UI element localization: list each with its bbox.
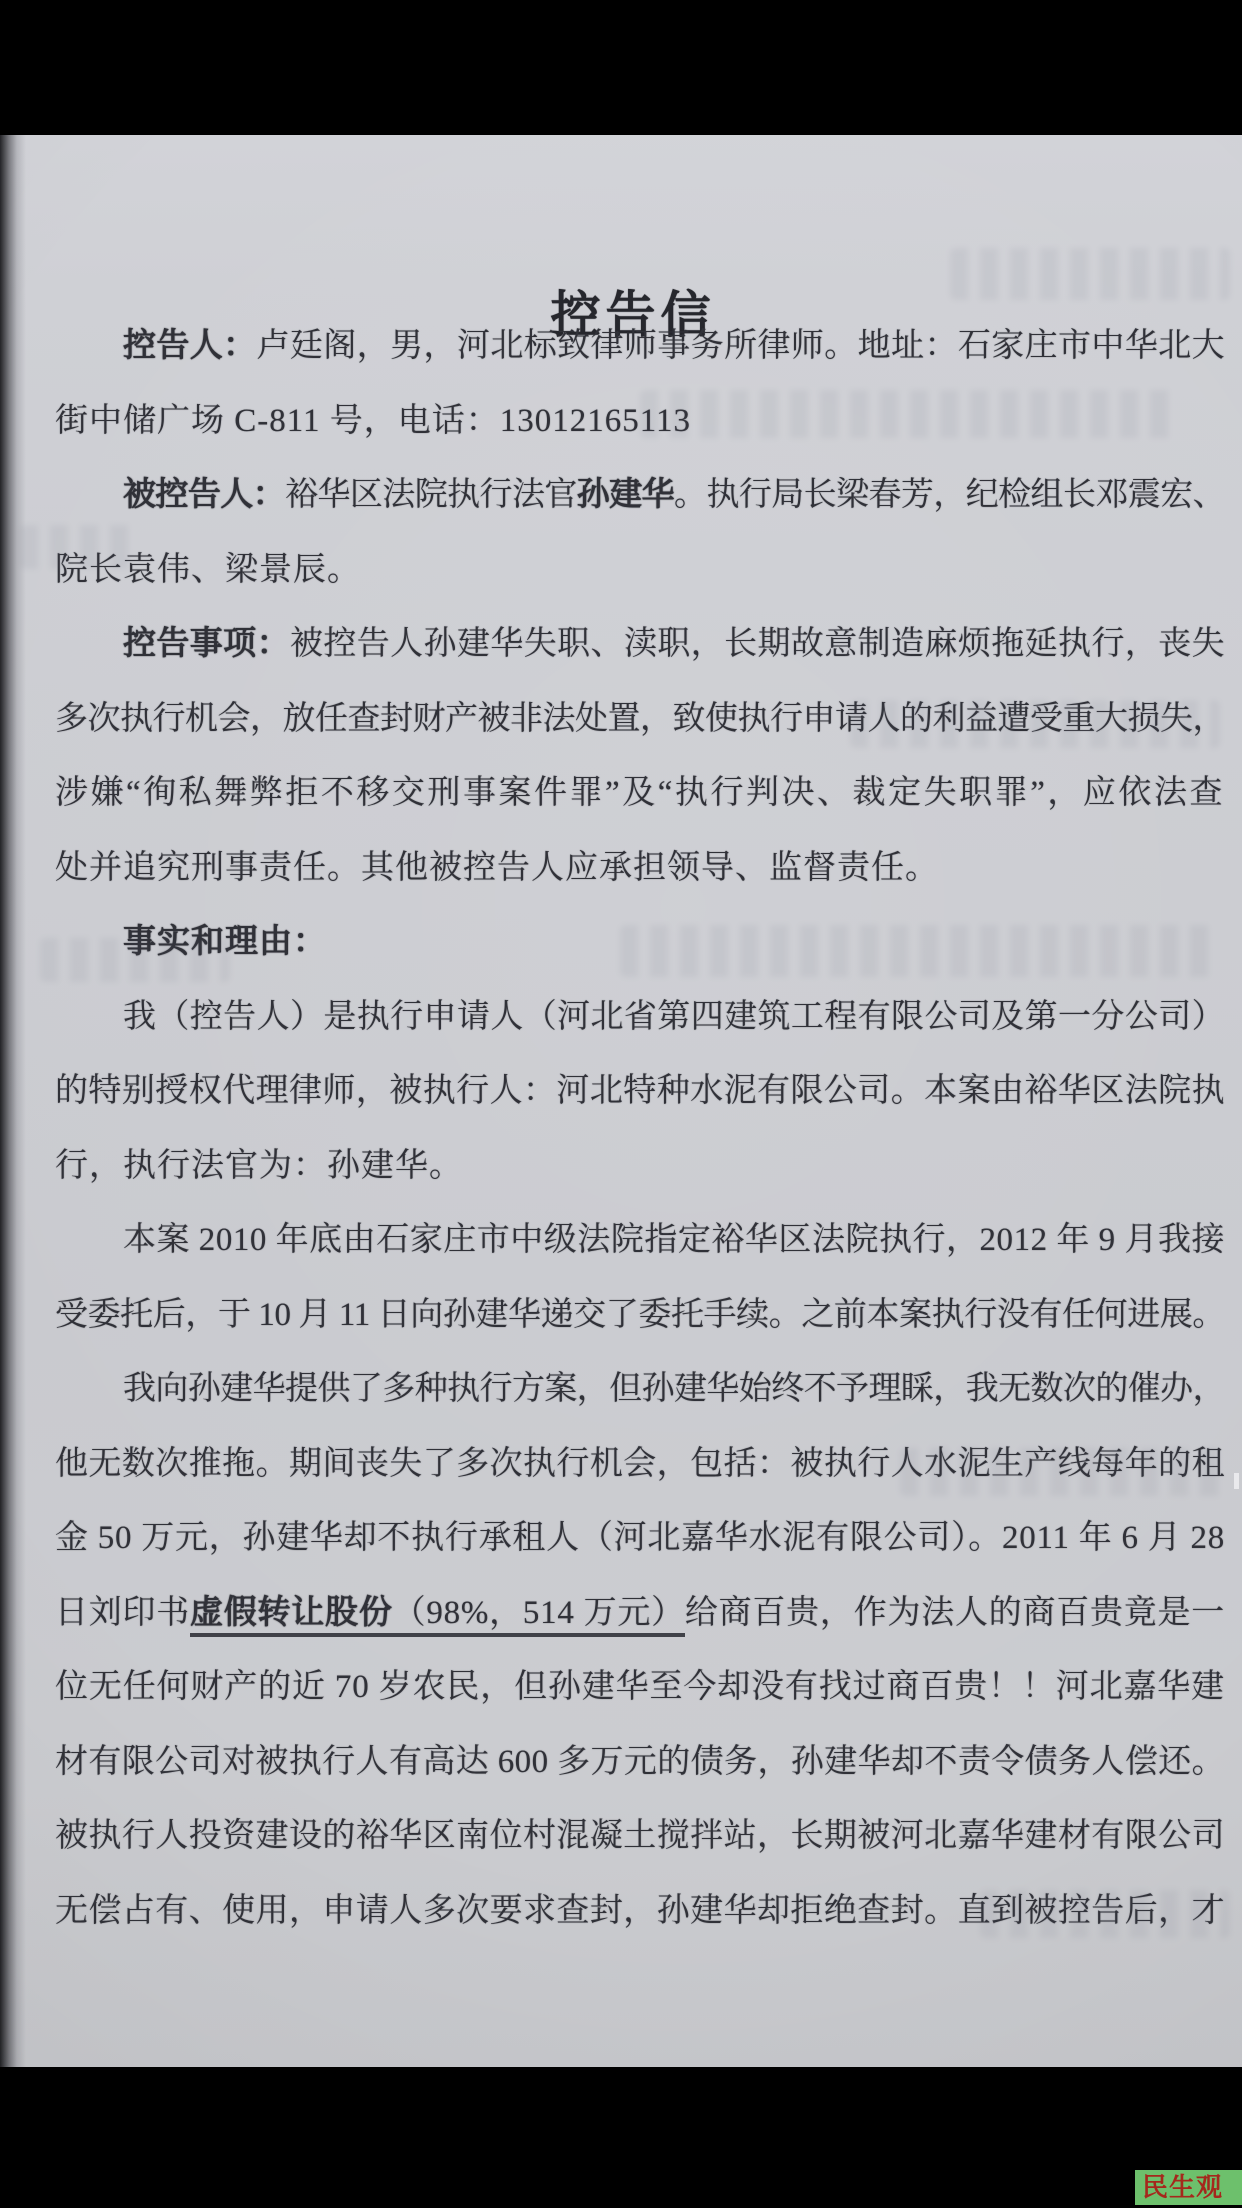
photo-artifact-speck xyxy=(1234,1473,1239,1489)
text-run: 被控告人孙建华失职、渎职，长期故意制造麻烦拖延执行，丧失 xyxy=(290,626,1225,662)
text-run: 被执行人投资建设的裕华区南位村混凝土搅拌站，长期被河北嘉华建材有限公司 xyxy=(55,1818,1225,1854)
text-run: 虚假转让股份 xyxy=(190,1595,393,1637)
document-line: 的特别授权代理律师，被执行人：河北特种水泥有限公司。本案由裕华区法院执 xyxy=(55,1054,1225,1129)
text-run: 控告事项： xyxy=(123,626,290,662)
line-text: 街中储广场 C-811 号，电话：13012165113 xyxy=(55,403,691,439)
document-line: 行，执行法官为：孙建华。 xyxy=(55,1129,1225,1204)
text-run: 处并追究刑事责任。其他被控告人应承担领导、监督责任。 xyxy=(55,850,939,886)
watermark-badge: 民生观察 xyxy=(1135,2170,1242,2205)
line-text: 处并追究刑事责任。其他被控告人应承担领导、监督责任。 xyxy=(55,850,939,886)
document-line: 我（控告人）是执行申请人（河北省第四建筑工程有限公司及第一分公司） xyxy=(55,980,1225,1055)
line-text: 被控告人：裕华区法院执行法官孙建华。执行局长梁春芳，纪检组长邓震宏、 xyxy=(123,477,1225,513)
document-body: 控告人：卢廷阁，男，河北标致律师事务所律师。地址：石家庄市中华北大街中储广场 C… xyxy=(55,309,1225,1948)
document-line: 事实和理由： xyxy=(55,905,1225,980)
line-text: 我向孙建华提供了多种执行方案，但孙建华始终不予理睬，我无数次的催办， xyxy=(123,1371,1225,1407)
line-text: 受委托后，于 10 月 11 日向孙建华递交了委托手续。之前本案执行没有任何进展… xyxy=(55,1297,1225,1333)
line-text: 多次执行机会，放任查封财产被非法处置，致使执行申请人的利益遭受重大损失， xyxy=(55,701,1225,737)
line-text: 我（控告人）是执行申请人（河北省第四建筑工程有限公司及第一分公司） xyxy=(123,999,1225,1035)
document-line: 多次执行机会，放任查封财产被非法处置，致使执行申请人的利益遭受重大损失， xyxy=(55,682,1225,757)
photographed-document: 控告信 控告人：卢廷阁，男，河北标致律师事务所律师。地址：石家庄市中华北大街中储… xyxy=(0,0,1242,2208)
text-run: 裕华区法院执行法官 xyxy=(285,477,577,513)
top-letterbox-bar xyxy=(0,0,1242,135)
document-line: 控告事项：被控告人孙建华失职、渎职，长期故意制造麻烦拖延执行，丧失 xyxy=(55,607,1225,682)
text-run: 被控告人： xyxy=(123,477,285,513)
document-line: 他无数次推拖。期间丧失了多次执行机会，包括：被执行人水泥生产线每年的租 xyxy=(55,1427,1225,1502)
document-line: 我向孙建华提供了多种执行方案，但孙建华始终不予理睬，我无数次的催办， xyxy=(55,1352,1225,1427)
line-text: 行，执行法官为：孙建华。 xyxy=(55,1148,463,1184)
text-run: 控告人： xyxy=(123,328,257,364)
line-text: 材有限公司对被执行人有高达 600 多万元的债务，孙建华却不责令债务人偿还。 xyxy=(55,1744,1225,1780)
document-line: 受委托后，于 10 月 11 日向孙建华递交了委托手续。之前本案执行没有任何进展… xyxy=(55,1278,1225,1353)
document-line: 街中储广场 C-811 号，电话：13012165113 xyxy=(55,384,1225,459)
document-line: 本案 2010 年底由石家庄市中级法院指定裕华区法院执行，2012 年 9 月我… xyxy=(55,1203,1225,1278)
text-run: 受委托后，于 10 月 11 日向孙建华递交了委托手续。之前本案执行没有任何进展… xyxy=(55,1297,1225,1333)
text-run: 他无数次推拖。期间丧失了多次执行机会，包括：被执行人水泥生产线每年的租 xyxy=(55,1446,1225,1482)
text-run: 我（控告人）是执行申请人（河北省第四建筑工程有限公司及第一分公司） xyxy=(123,999,1225,1035)
text-run: 。执行局长梁春芳，纪检组长邓震宏、 xyxy=(674,477,1225,513)
document-line: 日刘印书虚假转让股份（98%，514 万元）给商百贵，作为法人的商百贵竟是一 xyxy=(55,1576,1225,1651)
text-run: 的特别授权代理律师，被执行人：河北特种水泥有限公司。本案由裕华区法院执 xyxy=(55,1073,1225,1109)
text-run: 街中储广场 C-811 号，电话：13012165113 xyxy=(55,403,691,439)
document-line: 控告人：卢廷阁，男，河北标致律师事务所律师。地址：石家庄市中华北大 xyxy=(55,309,1225,384)
photo-left-edge-shadow xyxy=(0,135,26,2067)
text-run: 事实和理由： xyxy=(123,924,327,960)
line-text: 事实和理由： xyxy=(123,924,327,960)
document-line: 材有限公司对被执行人有高达 600 多万元的债务，孙建华却不责令债务人偿还。 xyxy=(55,1725,1225,1800)
text-run: 材有限公司对被执行人有高达 600 多万元的债务，孙建华却不责令债务人偿还。 xyxy=(55,1744,1225,1780)
line-text: 被执行人投资建设的裕华区南位村混凝土搅拌站，长期被河北嘉华建材有限公司 xyxy=(55,1818,1225,1854)
text-run: 给商百贵，作为法人的商百贵竟是一 xyxy=(685,1595,1225,1631)
line-text: 无偿占有、使用，申请人多次要求查封，孙建华却拒绝查封。直到被控告后，才 xyxy=(55,1893,1225,1929)
text-run: 涉嫌“徇私舞弊拒不移交刑事案件罪”及“执行判决、裁定失职罪”，应依法查 xyxy=(55,775,1225,811)
text-run: 行，执行法官为：孙建华。 xyxy=(55,1148,463,1184)
text-run: 位无任何财产的近 70 岁农民，但孙建华至今却没有找过商百贵！！河北嘉华建 xyxy=(55,1669,1225,1705)
line-text: 金 50 万元，孙建华却不执行承租人（河北嘉华水泥有限公司）。2011 年 6 … xyxy=(55,1520,1225,1556)
document-line: 被控告人：裕华区法院执行法官孙建华。执行局长梁春芳，纪检组长邓震宏、 xyxy=(55,458,1225,533)
document-line: 无偿占有、使用，申请人多次要求查封，孙建华却拒绝查封。直到被控告后，才 xyxy=(55,1874,1225,1949)
text-run: 无偿占有、使用，申请人多次要求查封，孙建华却拒绝查封。直到被控告后，才 xyxy=(55,1893,1225,1929)
line-text: 院长袁伟、梁景辰。 xyxy=(55,552,361,588)
text-run: 孙建华 xyxy=(577,477,674,513)
document-line: 涉嫌“徇私舞弊拒不移交刑事案件罪”及“执行判决、裁定失职罪”，应依法查 xyxy=(55,756,1225,831)
text-run: （98%，514 万元） xyxy=(393,1595,685,1637)
text-run: 日刘印书 xyxy=(55,1595,190,1631)
document-line: 被执行人投资建设的裕华区南位村混凝土搅拌站，长期被河北嘉华建材有限公司 xyxy=(55,1799,1225,1874)
bottom-letterbox-bar xyxy=(0,2067,1242,2208)
line-text: 涉嫌“徇私舞弊拒不移交刑事案件罪”及“执行判决、裁定失职罪”，应依法查 xyxy=(55,775,1225,811)
text-run: 本案 2010 年底由石家庄市中级法院指定裕华区法院执行，2012 年 9 月我… xyxy=(123,1222,1225,1258)
line-text: 日刘印书虚假转让股份（98%，514 万元）给商百贵，作为法人的商百贵竟是一 xyxy=(55,1595,1225,1637)
document-line: 处并追究刑事责任。其他被控告人应承担领导、监督责任。 xyxy=(55,831,1225,906)
document-line: 位无任何财产的近 70 岁农民，但孙建华至今却没有找过商百贵！！河北嘉华建 xyxy=(55,1650,1225,1725)
text-run: 多次执行机会，放任查封财产被非法处置，致使执行申请人的利益遭受重大损失， xyxy=(55,701,1225,737)
line-text: 位无任何财产的近 70 岁农民，但孙建华至今却没有找过商百贵！！河北嘉华建 xyxy=(55,1669,1225,1705)
line-text: 他无数次推拖。期间丧失了多次执行机会，包括：被执行人水泥生产线每年的租 xyxy=(55,1446,1225,1482)
text-run: 院长袁伟、梁景辰。 xyxy=(55,552,361,588)
line-text: 控告人：卢廷阁，男，河北标致律师事务所律师。地址：石家庄市中华北大 xyxy=(123,328,1225,364)
text-run: 卢廷阁，男，河北标致律师事务所律师。地址：石家庄市中华北大 xyxy=(257,328,1225,364)
text-run: 金 50 万元，孙建华却不执行承租人（河北嘉华水泥有限公司）。2011 年 6 … xyxy=(55,1520,1225,1556)
line-text: 本案 2010 年底由石家庄市中级法院指定裕华区法院执行，2012 年 9 月我… xyxy=(123,1222,1225,1258)
text-run: 我向孙建华提供了多种执行方案，但孙建华始终不予理睬，我无数次的催办， xyxy=(123,1371,1225,1407)
line-text: 控告事项：被控告人孙建华失职、渎职，长期故意制造麻烦拖延执行，丧失 xyxy=(123,626,1225,662)
document-page: 控告信 控告人：卢廷阁，男，河北标致律师事务所律师。地址：石家庄市中华北大街中储… xyxy=(0,135,1242,2067)
line-text: 的特别授权代理律师，被执行人：河北特种水泥有限公司。本案由裕华区法院执 xyxy=(55,1073,1225,1109)
document-line: 金 50 万元，孙建华却不执行承租人（河北嘉华水泥有限公司）。2011 年 6 … xyxy=(55,1501,1225,1576)
document-line: 院长袁伟、梁景辰。 xyxy=(55,533,1225,608)
